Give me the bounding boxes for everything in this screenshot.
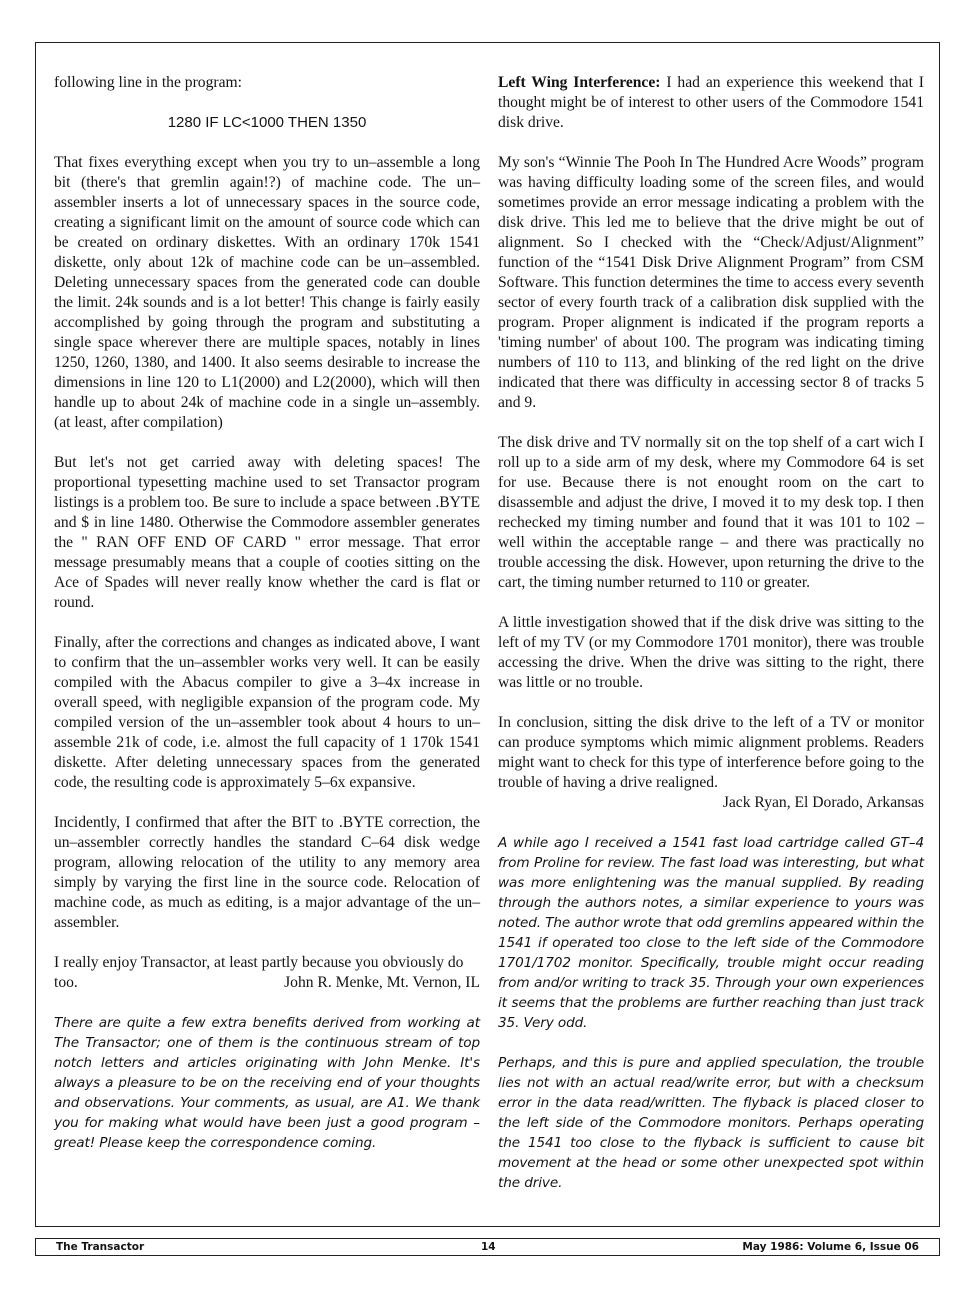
page-number: 14 — [481, 1239, 496, 1255]
letter-paragraph: Finally, after the corrections and chang… — [54, 633, 480, 793]
editor-reply: There are quite a few extra benefits der… — [54, 1013, 480, 1153]
editor-reply: Perhaps, and this is pure and applied sp… — [498, 1053, 924, 1193]
page-footer: The Transactor 14 May 1986: Volume 6, Is… — [35, 1238, 940, 1256]
letter-signature: John R. Menke, Mt. Vernon, IL — [284, 973, 480, 993]
letter-paragraph: But let's not get carried away with dele… — [54, 453, 480, 613]
letter-paragraph: A little investigation showed that if th… — [498, 613, 924, 693]
intro-text: following line in the program: — [54, 73, 480, 93]
letter-paragraph: My son's “Winnie The Pooh In The Hundred… — [498, 153, 924, 413]
code-line: 1280 IF LC<1000 THEN 1350 — [54, 113, 480, 133]
letter-paragraph: Incidently, I confirmed that after the B… — [54, 813, 480, 933]
letter-closing: I really enjoy Transactor, at least part… — [54, 953, 480, 993]
issue-info: May 1986: Volume 6, Issue 06 — [742, 1239, 919, 1255]
magazine-name: The Transactor — [56, 1239, 144, 1255]
letter-paragraph: That fixes everything except when you tr… — [54, 153, 480, 433]
page-frame: following line in the program: 1280 IF L… — [35, 42, 940, 1227]
editor-reply: A while ago I received a 1541 fast load … — [498, 833, 924, 1033]
conclusion-text: In conclusion, sitting the disk drive to… — [498, 714, 924, 791]
letter-paragraph: In conclusion, sitting the disk drive to… — [498, 713, 924, 813]
letter-heading: Left Wing Interference: — [498, 74, 660, 91]
letter-paragraph: Left Wing Interference: I had an experie… — [498, 73, 924, 133]
letter-signature: Jack Ryan, El Dorado, Arkansas — [498, 793, 924, 813]
right-column: Left Wing Interference: I had an experie… — [498, 73, 924, 1213]
left-column: following line in the program: 1280 IF L… — [54, 73, 480, 1173]
letter-paragraph: The disk drive and TV normally sit on th… — [498, 433, 924, 593]
